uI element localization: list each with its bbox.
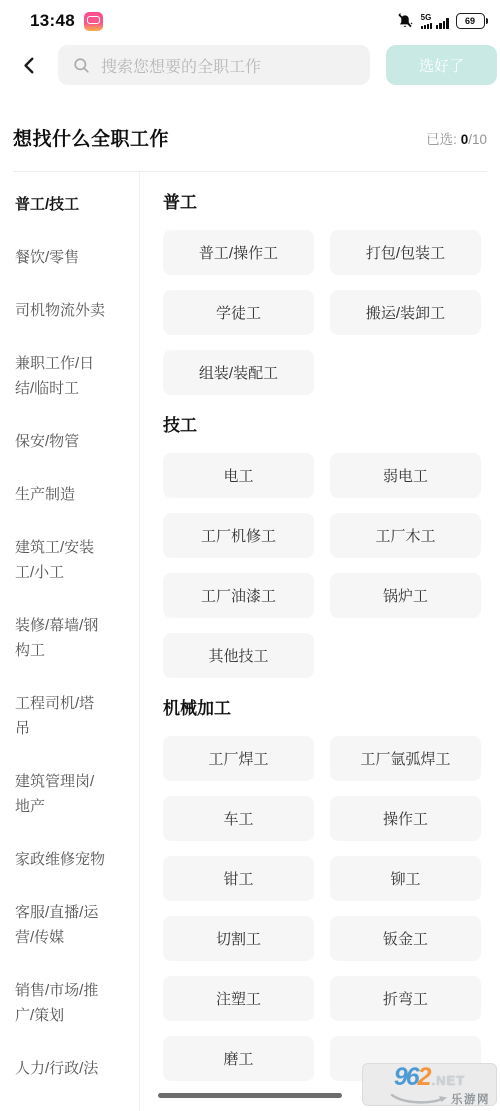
signal-bars-sim1 xyxy=(421,23,432,29)
back-button[interactable] xyxy=(0,56,58,75)
job-option[interactable]: 磨工 xyxy=(163,1036,314,1081)
sidebar-item[interactable]: 餐饮/零售 xyxy=(0,231,139,284)
battery-nub xyxy=(486,18,489,24)
watermark-bottom: 乐游网 xyxy=(367,1091,492,1107)
selected-counter-label: 已选: xyxy=(426,132,457,147)
main-area: 普工/技工餐饮/零售司机物流外卖兼职工作/日 结/临时工保安/物管生产制造建筑工… xyxy=(0,172,500,1111)
job-option[interactable]: 折弯工 xyxy=(330,976,481,1021)
status-bar: 13:48 5G 69 xyxy=(0,0,500,42)
signal-icon: 5G xyxy=(421,14,449,29)
job-option[interactable]: 锅炉工 xyxy=(330,573,481,618)
job-option[interactable]: 搬运/装卸工 xyxy=(330,290,481,335)
sidebar-item[interactable]: 家政维修宠物 xyxy=(0,833,139,886)
job-option[interactable]: 工厂木工 xyxy=(330,513,481,558)
job-sections: 普工普工/操作工打包/包装工学徒工搬运/装卸工组装/装配工技工电工弱电工工厂机修… xyxy=(140,172,500,1111)
sidebar-item[interactable]: 普工/技工 xyxy=(0,178,139,231)
job-option[interactable]: 注塑工 xyxy=(163,976,314,1021)
sidebar-item[interactable]: 人力/行政/法 xyxy=(0,1042,139,1095)
search-row: 搜索您想要的全职工作 选好了 xyxy=(0,42,500,102)
sidebar-item[interactable]: 工程司机/塔 吊 xyxy=(0,677,139,755)
job-option[interactable]: 普工/操作工 xyxy=(163,230,314,275)
job-option[interactable]: 电工 xyxy=(163,453,314,498)
clock: 13:48 xyxy=(30,11,75,31)
done-button[interactable]: 选好了 xyxy=(386,45,497,85)
watermark-logo: 962.NET xyxy=(367,1065,492,1093)
sidebar-item[interactable]: 生产制造 xyxy=(0,468,139,521)
sidebar-item[interactable]: 装修/幕墙/钢 构工 xyxy=(0,599,139,677)
job-option[interactable]: 操作工 xyxy=(330,796,481,841)
section-title: 机械加工 xyxy=(163,698,481,720)
job-option[interactable]: 组装/装配工 xyxy=(163,350,314,395)
signal-bars-sim2 xyxy=(436,18,449,29)
job-option[interactable]: 钣金工 xyxy=(330,916,481,961)
job-option[interactable]: 学徒工 xyxy=(163,290,314,335)
search-icon xyxy=(72,56,91,75)
sidebar-item[interactable]: 客服/直播/运 营/传媒 xyxy=(0,886,139,964)
job-section: 机械加工工厂焊工工厂氩弧焊工车工操作工钳工铆工切割工钣金工注塑工折弯工磨工 xyxy=(163,698,481,1081)
job-option[interactable]: 车工 xyxy=(163,796,314,841)
job-option[interactable]: 工厂氩弧焊工 xyxy=(330,736,481,781)
notification-app-icon xyxy=(84,12,103,31)
site-watermark: 962.NET 乐游网 xyxy=(362,1063,497,1106)
watermark-site-name: 乐游网 xyxy=(451,1091,490,1107)
sidebar-item[interactable]: 保安/物管 xyxy=(0,415,139,468)
selected-count-max: /10 xyxy=(468,132,487,147)
job-option[interactable]: 工厂机修工 xyxy=(163,513,314,558)
job-option[interactable]: 铆工 xyxy=(330,856,481,901)
status-bar-right: 5G 69 xyxy=(396,12,489,30)
search-input[interactable]: 搜索您想要的全职工作 xyxy=(58,45,370,85)
chevron-left-icon xyxy=(20,56,39,75)
job-section: 技工电工弱电工工厂机修工工厂木工工厂油漆工锅炉工其他技工 xyxy=(163,415,481,678)
selected-counter: 已选: 0/10 xyxy=(426,128,487,148)
network-type-label: 5G xyxy=(421,14,432,22)
sidebar-item[interactable]: 建筑管理岗/ 地产 xyxy=(0,755,139,833)
sidebar-list: 普工/技工餐饮/零售司机物流外卖兼职工作/日 结/临时工保安/物管生产制造建筑工… xyxy=(0,178,139,1095)
job-option[interactable]: 工厂油漆工 xyxy=(163,573,314,618)
search-placeholder: 搜索您想要的全职工作 xyxy=(101,54,261,77)
job-grid: 普工/操作工打包/包装工学徒工搬运/装卸工组装/装配工 xyxy=(163,230,481,395)
watermark-domain: .NET xyxy=(432,1069,466,1093)
sidebar-item[interactable]: 司机物流外卖 xyxy=(0,284,139,337)
battery-level: 69 xyxy=(456,13,485,29)
job-option[interactable]: 打包/包装工 xyxy=(330,230,481,275)
title-row: 想找什么全职工作 已选: 0/10 xyxy=(0,102,500,171)
category-sidebar: 普工/技工餐饮/零售司机物流外卖兼职工作/日 结/临时工保安/物管生产制造建筑工… xyxy=(0,172,140,1111)
watermark-number-suffix: 2 xyxy=(418,1065,431,1089)
section-title: 技工 xyxy=(163,415,481,437)
home-gesture-bar[interactable] xyxy=(158,1093,342,1098)
job-option[interactable]: 切割工 xyxy=(163,916,314,961)
mute-bell-icon xyxy=(396,12,414,30)
battery-icon: 69 xyxy=(456,13,489,29)
job-option[interactable]: 其他技工 xyxy=(163,633,314,678)
job-grid: 工厂焊工工厂氩弧焊工车工操作工钳工铆工切割工钣金工注塑工折弯工磨工 xyxy=(163,736,481,1081)
swoosh-arrow-icon xyxy=(390,1093,448,1105)
job-option[interactable]: 工厂焊工 xyxy=(163,736,314,781)
page-title: 想找什么全职工作 xyxy=(13,124,169,151)
job-option[interactable]: 钳工 xyxy=(163,856,314,901)
sidebar-item[interactable]: 销售/市场/推 广/策划 xyxy=(0,964,139,1042)
job-option[interactable]: 弱电工 xyxy=(330,453,481,498)
section-title: 普工 xyxy=(163,192,481,214)
sidebar-item[interactable]: 兼职工作/日 结/临时工 xyxy=(0,337,139,415)
watermark-number-prefix: 96 xyxy=(394,1065,418,1089)
job-grid: 电工弱电工工厂机修工工厂木工工厂油漆工锅炉工其他技工 xyxy=(163,453,481,678)
sidebar-item[interactable]: 建筑工/安装 工/小工 xyxy=(0,521,139,599)
job-section: 普工普工/操作工打包/包装工学徒工搬运/装卸工组装/装配工 xyxy=(163,192,481,395)
